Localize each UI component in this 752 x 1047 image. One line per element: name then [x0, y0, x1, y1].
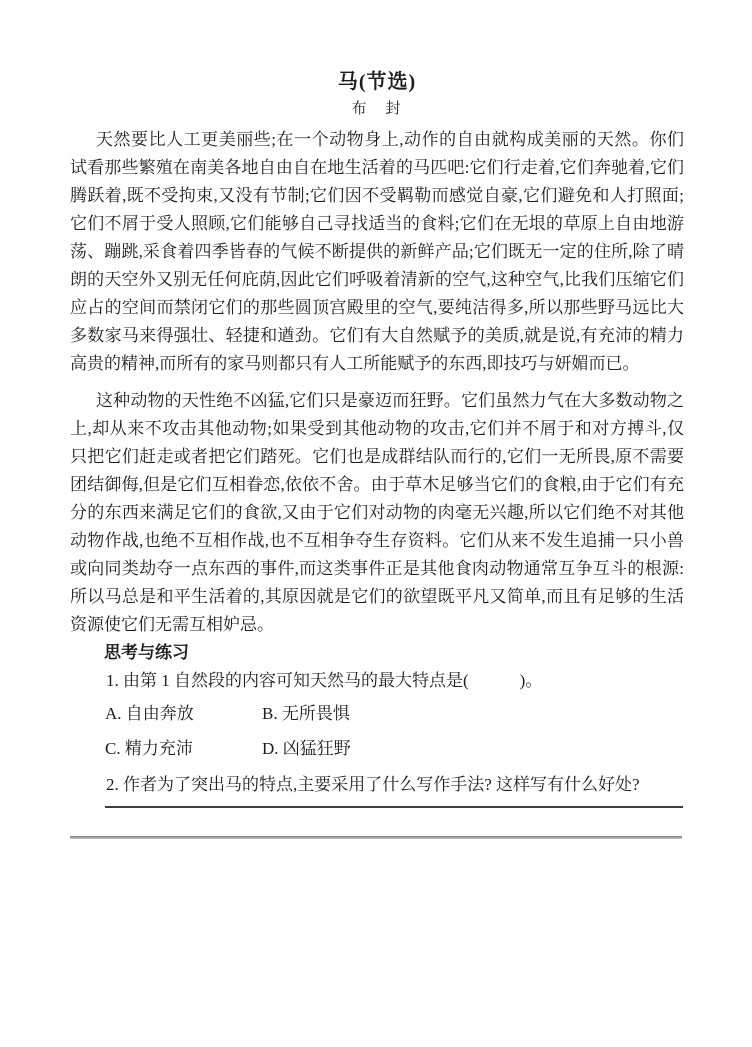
exercise-section-header: 思考与练习 — [70, 639, 684, 667]
text-line: 腾跃着,既不受拘束,又没有节制;它们因不受羁勒而感觉自豪,它们避免和人打照面; — [70, 182, 684, 210]
text-line: 它们不屑于受人照顾,它们能够自己寻找适当的食料;它们在无垠的草原上自由地游 — [70, 210, 684, 238]
option-d: D. 凶猛狂野 — [262, 735, 351, 763]
text-line: 所以马总是和平生活着的,其原因就是它们的欲望既平凡又简单,而且有足够的生活 — [70, 583, 684, 611]
text-line: 分的东西来满足它们的食欲,又由于它们对动物的肉毫无兴趣,所以它们绝不对其他 — [70, 499, 684, 527]
text-line: 团结御侮,但是它们互相眷恋,依依不舍。由于草木足够当它们的食粮,由于它们有充 — [70, 471, 684, 499]
text-line: 朗的天空外又别无任何庇荫,因此它们呼吸着清新的空气,这种空气,比我们压缩它们 — [70, 266, 684, 294]
paragraph-2: 这种动物的天性绝不凶猛,它们只是豪迈而狂野。它们虽然力气在大多数动物之 上,却从… — [70, 387, 684, 639]
text-line: 这种动物的天性绝不凶猛,它们只是豪迈而狂野。它们虽然力气在大多数动物之 — [70, 387, 684, 415]
answer-blank-line — [105, 806, 683, 808]
text-line: 天然要比人工更美丽些;在一个动物身上,动作的自由就构成美丽的天然。你们 — [70, 126, 684, 154]
bottom-divider — [70, 836, 682, 839]
text-line: 只把它们赶走或者把它们踏死。它们也是成群结队而行的,它们一无所畏,原不需要 — [70, 443, 684, 471]
text-line: 应占的空间而禁闭它们的那些圆顶宫殿里的空气,要纯洁得多,所以那些野马远比大 — [70, 294, 684, 322]
scanned-document-page: 马(节选) 布 封 天然要比人工更美丽些;在一个动物身上,动作的自由就构成美丽的… — [0, 0, 752, 1047]
text-line: 或向同类劫夺一点东西的事件,而这类事件正是其他食肉动物通常互争互斗的根源: — [70, 555, 684, 583]
text-line: 多数家马来得强壮、轻捷和遒劲。它们有大自然赋予的美质,就是说,有充沛的精力和 — [70, 322, 684, 350]
text-line: 高贵的精神,而所有的家马则都只有人工所能赋予的东西,即技巧与妍媚而已。 — [70, 350, 684, 378]
options-row-1: A. 自由奔放 B. 无所畏惧 — [70, 700, 684, 728]
text-block: 马(节选) 布 封 天然要比人工更美丽些;在一个动物身上,动作的自由就构成美丽的… — [70, 70, 684, 839]
option-b: B. 无所畏惧 — [262, 700, 350, 728]
option-c: C. 精力充沛 — [105, 735, 262, 763]
options-row-2: C. 精力充沛 D. 凶猛狂野 — [70, 735, 684, 763]
text-line: 动物作战,也绝不互相作战,也不互相争夺生存资料。它们从来不发生追捕一只小兽 — [70, 527, 684, 555]
article-title: 马(节选) — [70, 70, 684, 94]
question-2: 2. 作者为了突出马的特点,主要采用了什么写作手法? 这样写有什么好处? — [70, 771, 684, 799]
text-line: 上,却从来不攻击其他动物;如果受到其他动物的攻击,它们并不屑于和对方搏斗,仅 — [70, 415, 684, 443]
text-line: 荡、蹦跳,采食着四季皆春的气候不断提供的新鲜产品;它们既无一定的住所,除了晴 — [70, 238, 684, 266]
question-1: 1. 由第 1 自然段的内容可知天然马的最大特点是( )。 — [70, 667, 684, 695]
article-author: 布 封 — [70, 100, 684, 118]
paragraph-1: 天然要比人工更美丽些;在一个动物身上,动作的自由就构成美丽的天然。你们 试看那些… — [70, 126, 684, 378]
option-a: A. 自由奔放 — [105, 700, 262, 728]
text-line: 资源使它们无需互相妒忌。 — [70, 611, 684, 639]
text-line: 试看那些繁殖在南美各地自由自在地生活着的马匹吧:它们行走着,它们奔驰着,它们 — [70, 154, 684, 182]
